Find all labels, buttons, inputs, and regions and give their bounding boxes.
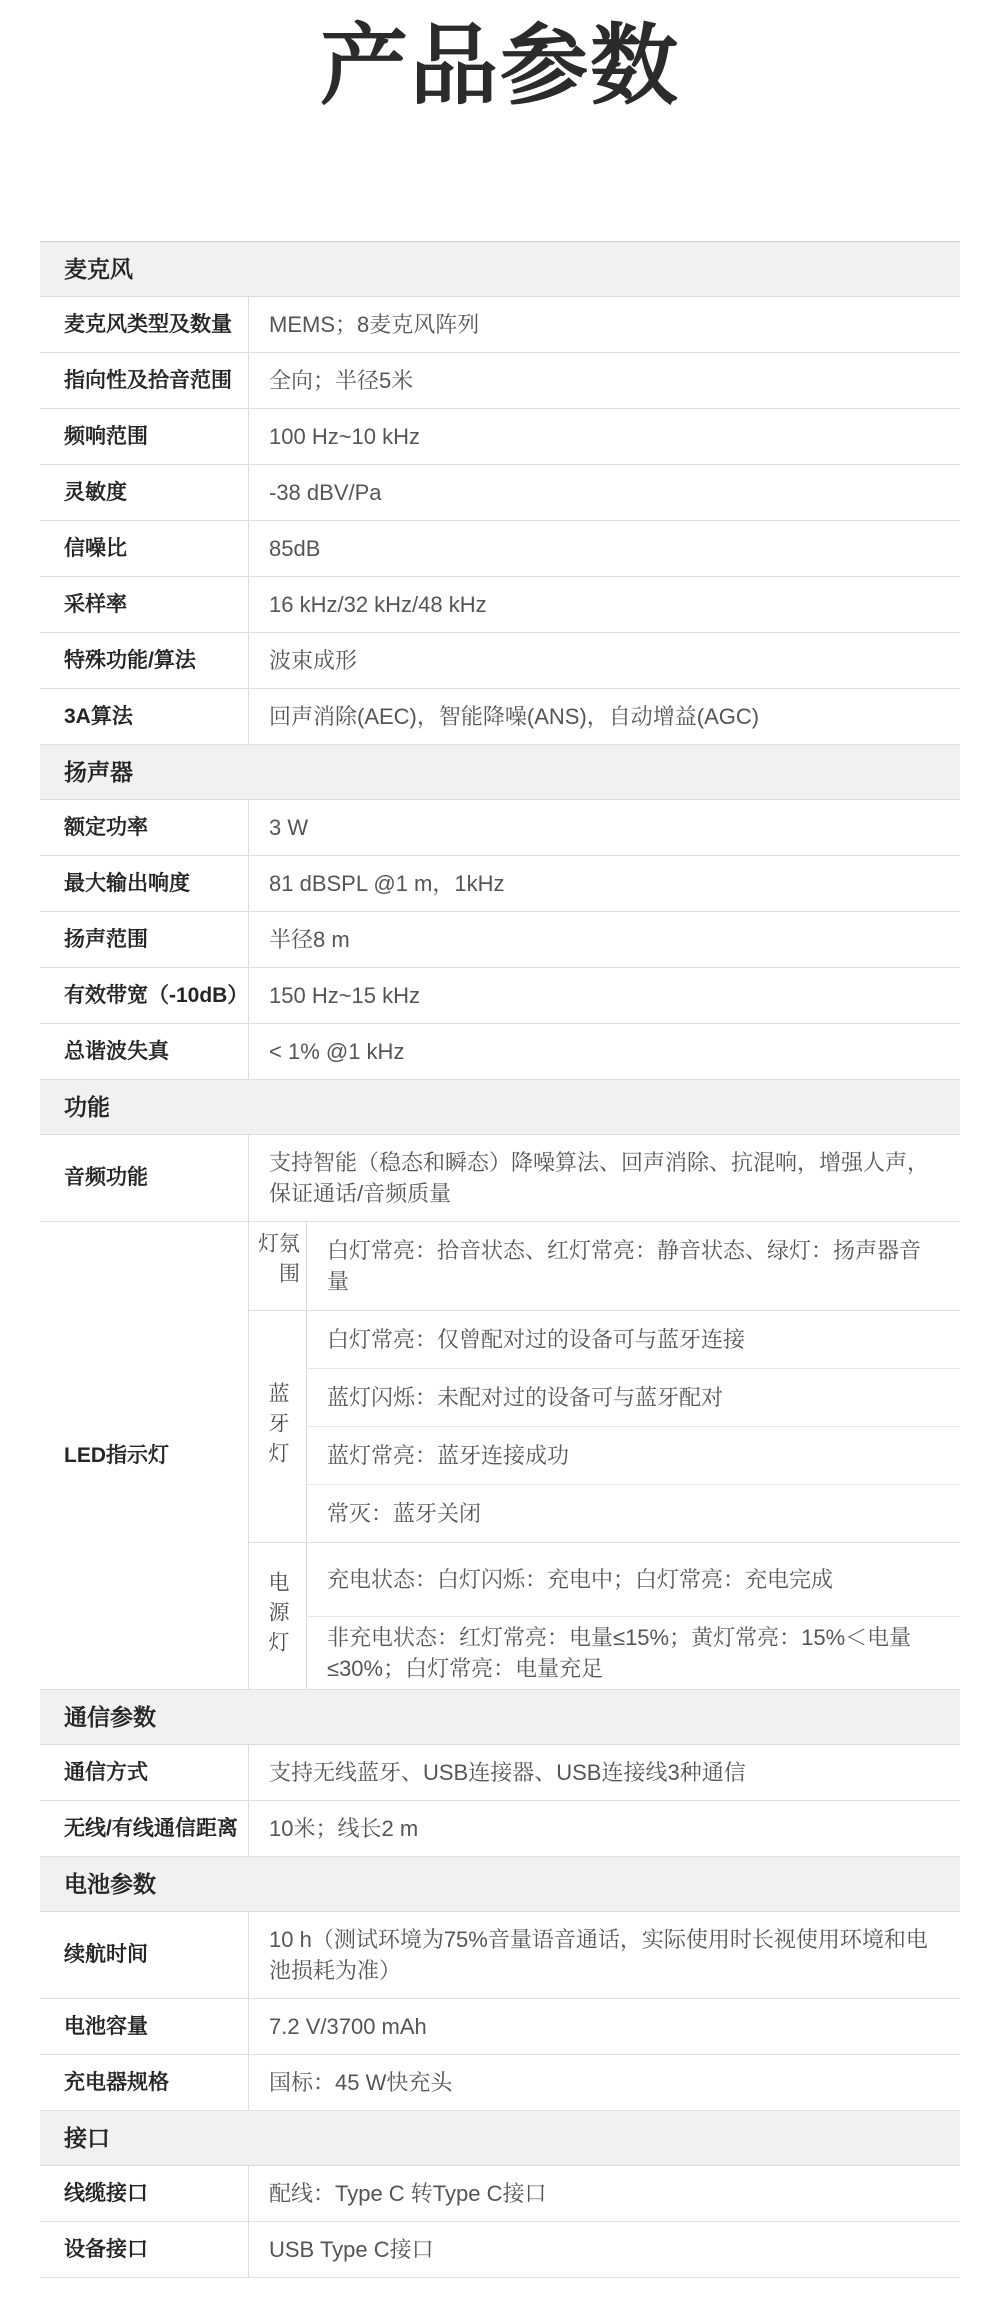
- spec-row: 线缆接口配线：Type C 转Type C接口: [40, 2166, 960, 2222]
- spec-row: 电池容量7.2 V/3700 mAh: [40, 1999, 960, 2055]
- led-values: 白灯常亮：拾音状态、红灯常亮：静音状态、绿灯：扬声器音量: [307, 1222, 960, 1310]
- spec-row: 指向性及拾音范围全向；半径5米: [40, 353, 960, 409]
- section-header: 通信参数: [40, 1690, 960, 1745]
- row-label: 音频功能: [40, 1135, 248, 1221]
- row-value: 3 W: [248, 800, 960, 855]
- row-value: 7.2 V/3700 mAh: [248, 1999, 960, 2054]
- row-value: USB Type C接口: [248, 2222, 960, 2277]
- led-sublabel-text: 氛围灯: [257, 1232, 299, 1300]
- row-value: 100 Hz~10 kHz: [248, 409, 960, 464]
- row-value: 10 h（测试环境为75%音量语音通话，实际使用时长视使用环境和电池损耗为准）: [248, 1912, 960, 1998]
- led-value: 充电状态：白灯闪烁：充电中；白灯常亮：充电完成: [307, 1543, 960, 1617]
- row-label: 最大输出响度: [40, 856, 248, 911]
- spec-row: 续航时间10 h（测试环境为75%音量语音通话，实际使用时长视使用环境和电池损耗…: [40, 1912, 960, 1999]
- led-value: 非充电状态：红灯常亮：电量≤15%；黄灯常亮：15%＜电量≤30%；白灯常亮：电…: [307, 1617, 960, 1690]
- spec-row: 采样率16 kHz/32 kHz/48 kHz: [40, 577, 960, 633]
- row-label: 线缆接口: [40, 2166, 248, 2221]
- row-label: 麦克风类型及数量: [40, 297, 248, 352]
- row-label: 3A算法: [40, 689, 248, 744]
- spec-page: 产品参数 麦克风麦克风类型及数量MEMS；8麦克风阵列指向性及拾音范围全向；半径…: [0, 16, 1000, 2278]
- row-value: 支持无线蓝牙、USB连接器、USB连接线3种通信: [248, 1745, 960, 1800]
- row-label: 采样率: [40, 577, 248, 632]
- section-header: 功能: [40, 1080, 960, 1135]
- row-value: -38 dBV/Pa: [248, 465, 960, 520]
- row-value: 配线：Type C 转Type C接口: [248, 2166, 960, 2221]
- spec-row: 特殊功能/算法波束成形: [40, 633, 960, 689]
- row-label: 额定功率: [40, 800, 248, 855]
- led-sublabel-text: 蓝牙灯: [267, 1382, 288, 1472]
- spec-row: 有效带宽（-10dB）150 Hz~15 kHz: [40, 968, 960, 1024]
- section-header: 电池参数: [40, 1857, 960, 1912]
- row-value: 10米；线长2 m: [248, 1801, 960, 1856]
- section-header: 接口: [40, 2111, 960, 2166]
- spec-row: 信噪比85dB: [40, 521, 960, 577]
- led-group: 氛围灯白灯常亮：拾音状态、红灯常亮：静音状态、绿灯：扬声器音量: [249, 1222, 960, 1311]
- spec-row: 频响范围100 Hz~10 kHz: [40, 409, 960, 465]
- row-label: 扬声范围: [40, 912, 248, 967]
- row-value: 85dB: [248, 521, 960, 576]
- led-values: 白灯常亮：仅曾配对过的设备可与蓝牙连接蓝灯闪烁：未配对过的设备可与蓝牙配对蓝灯常…: [307, 1311, 960, 1542]
- led-group: 蓝牙灯白灯常亮：仅曾配对过的设备可与蓝牙连接蓝灯闪烁：未配对过的设备可与蓝牙配对…: [249, 1311, 960, 1543]
- led-group: 电源灯充电状态：白灯闪烁：充电中；白灯常亮：充电完成非充电状态：红灯常亮：电量≤…: [249, 1543, 960, 1689]
- led-value: 常灭：蓝牙关闭: [307, 1485, 960, 1542]
- row-value: 回声消除(AEC)，智能降噪(ANS)，自动增益(AGC): [248, 689, 960, 744]
- row-value: 150 Hz~15 kHz: [248, 968, 960, 1023]
- led-sublabel: 电源灯: [249, 1543, 307, 1689]
- led-groups: 氛围灯白灯常亮：拾音状态、红灯常亮：静音状态、绿灯：扬声器音量蓝牙灯白灯常亮：仅…: [248, 1222, 960, 1689]
- spec-row: 扬声范围半径8 m: [40, 912, 960, 968]
- row-value: 支持智能（稳态和瞬态）降噪算法、回声消除、抗混响，增强人声，保证通话/音频质量: [248, 1135, 960, 1221]
- row-label: 充电器规格: [40, 2055, 248, 2110]
- spec-row: 通信方式支持无线蓝牙、USB连接器、USB连接线3种通信: [40, 1745, 960, 1801]
- led-sublabel: 蓝牙灯: [249, 1311, 307, 1542]
- row-value: 全向；半径5米: [248, 353, 960, 408]
- page-title: 产品参数: [0, 16, 1000, 116]
- row-value: < 1% @1 kHz: [248, 1024, 960, 1079]
- led-value: 蓝灯闪烁：未配对过的设备可与蓝牙配对: [307, 1369, 960, 1427]
- section-header: 麦克风: [40, 242, 960, 297]
- row-label: 有效带宽（-10dB）: [40, 968, 248, 1023]
- spec-row: 充电器规格国标：45 W快充头: [40, 2055, 960, 2111]
- led-value: 蓝灯常亮：蓝牙连接成功: [307, 1427, 960, 1485]
- spec-row: 总谐波失真< 1% @1 kHz: [40, 1024, 960, 1080]
- spec-row: 设备接口USB Type C接口: [40, 2222, 960, 2278]
- led-sublabel: 氛围灯: [249, 1222, 307, 1310]
- row-label: 灵敏度: [40, 465, 248, 520]
- row-label: 电池容量: [40, 1999, 248, 2054]
- led-sublabel-text: 电源灯: [267, 1571, 288, 1661]
- row-label: 信噪比: [40, 521, 248, 576]
- row-label: 指向性及拾音范围: [40, 353, 248, 408]
- spec-row: LED指示灯氛围灯白灯常亮：拾音状态、红灯常亮：静音状态、绿灯：扬声器音量蓝牙灯…: [40, 1222, 960, 1690]
- row-label: 频响范围: [40, 409, 248, 464]
- row-value: MEMS；8麦克风阵列: [248, 297, 960, 352]
- led-value: 白灯常亮：拾音状态、红灯常亮：静音状态、绿灯：扬声器音量: [307, 1222, 960, 1310]
- row-value: 波束成形: [248, 633, 960, 688]
- spec-row: 麦克风类型及数量MEMS；8麦克风阵列: [40, 297, 960, 353]
- row-value: 81 dBSPL @1 m，1kHz: [248, 856, 960, 911]
- row-label: LED指示灯: [40, 1222, 248, 1689]
- spec-row: 最大输出响度81 dBSPL @1 m，1kHz: [40, 856, 960, 912]
- row-label: 无线/有线通信距离: [40, 1801, 248, 1856]
- row-value: 半径8 m: [248, 912, 960, 967]
- row-label: 通信方式: [40, 1745, 248, 1800]
- spec-table: 麦克风麦克风类型及数量MEMS；8麦克风阵列指向性及拾音范围全向；半径5米频响范…: [40, 241, 960, 2278]
- spec-row: 额定功率3 W: [40, 800, 960, 856]
- spec-row: 音频功能支持智能（稳态和瞬态）降噪算法、回声消除、抗混响，增强人声，保证通话/音…: [40, 1135, 960, 1222]
- row-label: 特殊功能/算法: [40, 633, 248, 688]
- spec-row: 灵敏度-38 dBV/Pa: [40, 465, 960, 521]
- section-header: 扬声器: [40, 745, 960, 800]
- row-label: 总谐波失真: [40, 1024, 248, 1079]
- spec-row: 3A算法回声消除(AEC)，智能降噪(ANS)，自动增益(AGC): [40, 689, 960, 745]
- row-label: 续航时间: [40, 1912, 248, 1998]
- led-value: 白灯常亮：仅曾配对过的设备可与蓝牙连接: [307, 1311, 960, 1369]
- led-values: 充电状态：白灯闪烁：充电中；白灯常亮：充电完成非充电状态：红灯常亮：电量≤15%…: [307, 1543, 960, 1689]
- row-value: 16 kHz/32 kHz/48 kHz: [248, 577, 960, 632]
- spec-row: 无线/有线通信距离10米；线长2 m: [40, 1801, 960, 1857]
- row-label: 设备接口: [40, 2222, 248, 2277]
- row-value: 国标：45 W快充头: [248, 2055, 960, 2110]
